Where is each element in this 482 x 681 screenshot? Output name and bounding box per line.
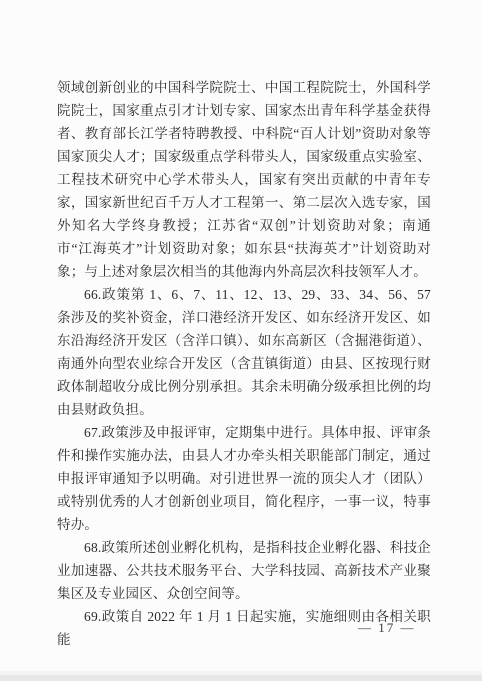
body-text: 领域创新创业的中国科学院院士、中国工程院院士，外国科学院院士，国家重点引才计划专… xyxy=(57,76,431,651)
paragraph-item-66: 66.政策第 1、6、7、11、12、13、29、33、34、56、57 条涉及… xyxy=(57,283,431,421)
paragraph-item-67: 67.政策涉及申报评审，定期集中进行。具体申报、评审条件和操作实施办法，由县人才… xyxy=(57,421,431,536)
document-page: 领域创新创业的中国科学院院士、中国工程院院士，外国科学院院士，国家重点引才计划专… xyxy=(0,0,482,681)
paragraph-item-68: 68.政策所述创业孵化机构，是指科技企业孵化器、科技企业加速器、公共技术服务平台… xyxy=(57,536,431,605)
page-number: — 17 — xyxy=(358,620,416,636)
scan-edge-shadow xyxy=(0,675,482,681)
paragraph-continuation: 领域创新创业的中国科学院院士、中国工程院院士，外国科学院院士，国家重点引才计划专… xyxy=(57,76,431,283)
